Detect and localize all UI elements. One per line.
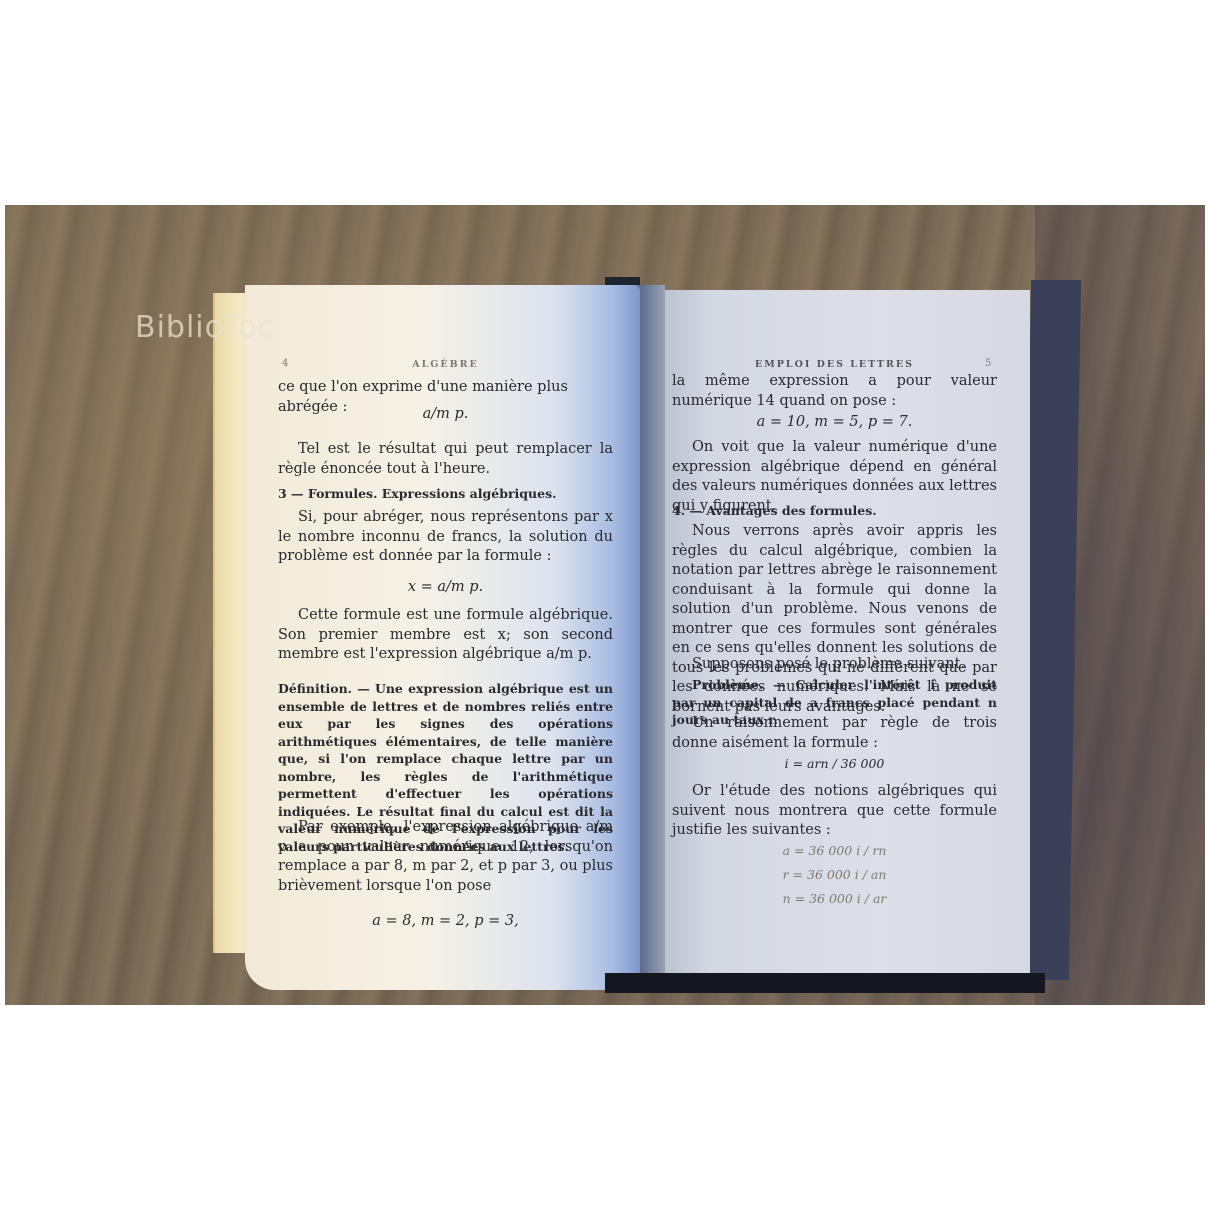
left-formula3: a = 8, m = 2, p = 3, <box>278 912 613 932</box>
right-formula2: i = arn / 36 000 <box>672 755 997 773</box>
left-section-heading: 3 — Formules. Expressions algébriques. <box>278 485 613 503</box>
left-para4: Par exemple, l'expression algébrique a/m… <box>278 818 613 896</box>
left-running-head: ALGÈBRE <box>278 355 613 375</box>
left-para1: Tel est le résultat qui peut remplacer l… <box>278 440 613 479</box>
right-section-heading: 4. — Avantages des formules. <box>672 502 997 520</box>
right-formula5: n = 36 000 i / ar <box>672 890 997 908</box>
left-para3: Cette formule est une formule algébrique… <box>278 606 613 665</box>
left-para2: Si, pour abréger, nous représentons par … <box>278 508 613 567</box>
right-para4: Supposons posé le problème suivant. <box>672 655 997 675</box>
right-formula1: a = 10, m = 5, p = 7. <box>672 413 997 433</box>
right-page-number: 5 <box>985 358 991 369</box>
left-formula2: x = a/m p. <box>278 578 613 598</box>
right-para1: la même expression a pour valeur numériq… <box>672 372 997 411</box>
right-formula3: a = 36 000 i / rn <box>672 842 997 860</box>
right-formula4: r = 36 000 i / an <box>672 866 997 884</box>
right-para6: Or l'étude des notions algébriques qui s… <box>672 782 997 841</box>
right-para5: Un raisonnement par règle de trois donne… <box>672 714 997 753</box>
left-formula1: a/m p. <box>278 405 613 425</box>
watermark-logo: BiblioToc <box>135 310 275 345</box>
book-cover-bottom <box>605 973 1045 993</box>
